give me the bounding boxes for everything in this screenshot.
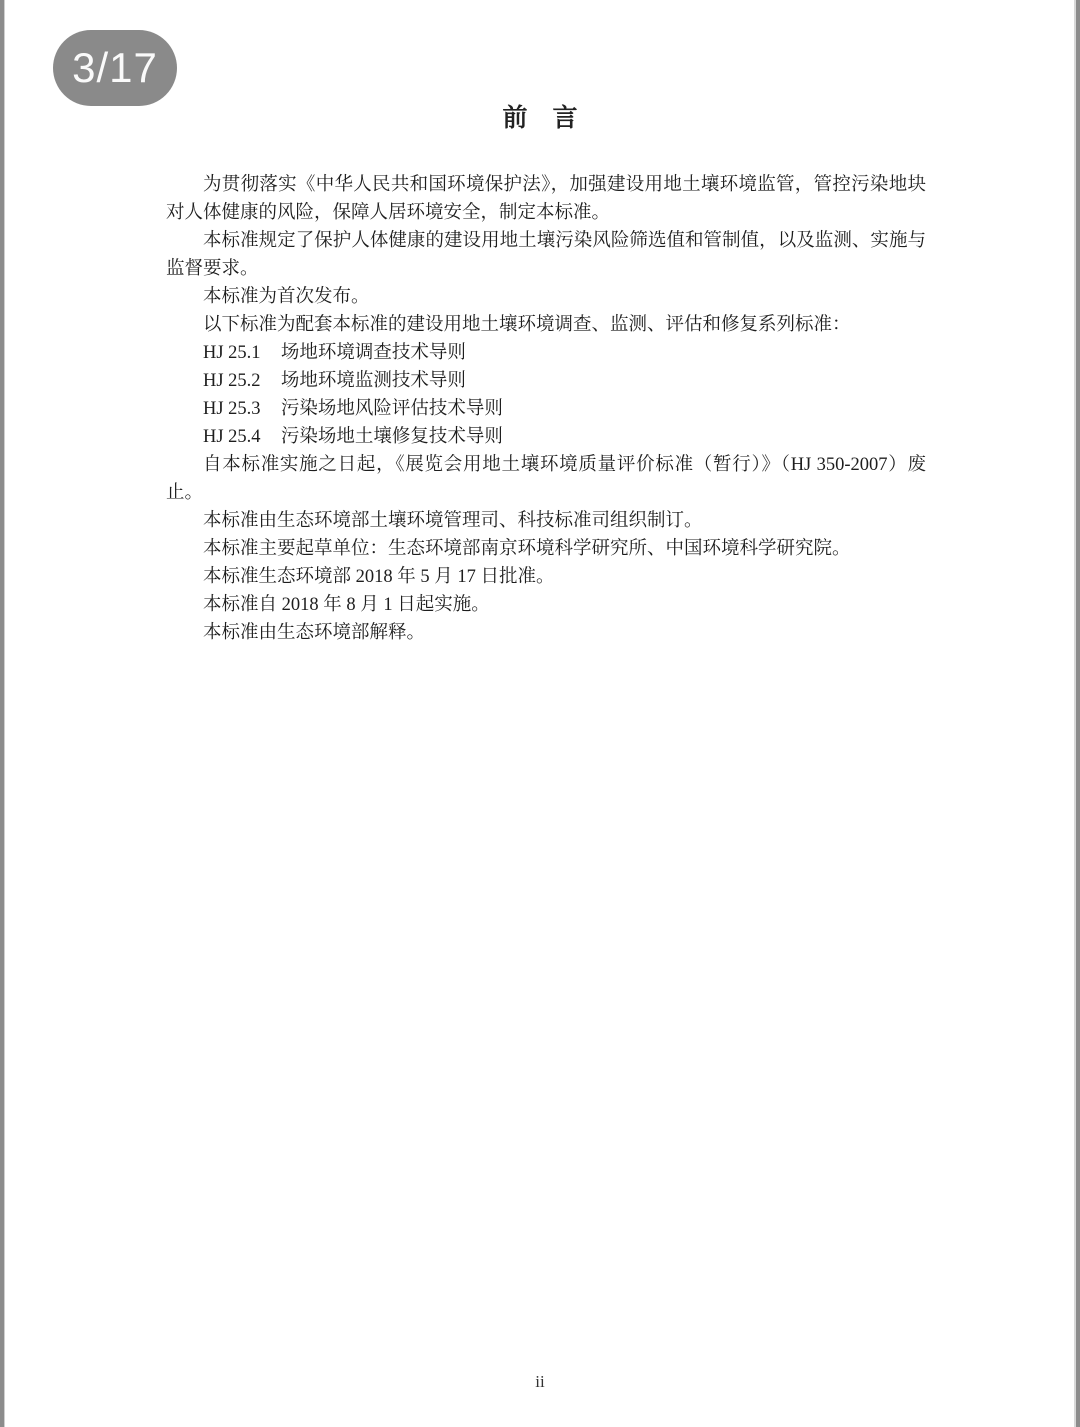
- standard-list-item: HJ 25.2场地环境监测技术导则: [166, 367, 926, 395]
- page-title: 前 言: [0, 98, 1080, 134]
- standard-list-item: HJ 25.1场地环境调查技术导则: [166, 339, 926, 367]
- paragraph: 本标准生态环境部 2018 年 5 月 17 日批准。: [166, 563, 926, 591]
- paragraph: 为贯彻落实《中华人民共和国环境保护法》，加强建设用地土壤环境监管，管控污染地块对…: [166, 171, 926, 227]
- standard-name: 场地环境调查技术导则: [281, 343, 466, 363]
- standard-list-item: HJ 25.3污染场地风险评估技术导则: [166, 395, 926, 423]
- document-body: 为贯彻落实《中华人民共和国环境保护法》，加强建设用地土壤环境监管，管控污染地块对…: [166, 171, 926, 647]
- standard-list-item: HJ 25.4污染场地土壤修复技术导则: [166, 423, 926, 451]
- paragraph: 本标准自 2018 年 8 月 1 日起实施。: [166, 591, 926, 619]
- standard-code: HJ 25.2: [203, 367, 261, 395]
- standard-name: 污染场地风险评估技术导则: [281, 399, 503, 419]
- footer-page-number: ii: [0, 1372, 1080, 1392]
- paragraph: 以下标准为配套本标准的建设用地土壤环境调查、监测、评估和修复系列标准：: [166, 311, 926, 339]
- standard-name: 场地环境监测技术导则: [281, 371, 466, 391]
- paragraph: 本标准由生态环境部土壤环境管理司、科技标准司组织制订。: [166, 507, 926, 535]
- paragraph: 本标准由生态环境部解释。: [166, 619, 926, 647]
- document-page: 前 言 为贯彻落实《中华人民共和国环境保护法》，加强建设用地土壤环境监管，管控污…: [0, 0, 1080, 134]
- document-viewer[interactable]: 3/17 前 言 为贯彻落实《中华人民共和国环境保护法》，加强建设用地土壤环境监…: [0, 0, 1080, 1427]
- viewer-left-edge: [0, 0, 5, 1427]
- standard-code: HJ 25.1: [203, 339, 261, 367]
- viewer-right-edge: [1074, 0, 1080, 1427]
- standard-name: 污染场地土壤修复技术导则: [281, 427, 503, 447]
- paragraph: 本标准主要起草单位：生态环境部南京环境科学研究所、中国环境科学研究院。: [166, 535, 926, 563]
- standard-code: HJ 25.3: [203, 395, 261, 423]
- standard-code: HJ 25.4: [203, 423, 261, 451]
- paragraph: 自本标准实施之日起，《展览会用地土壤环境质量评价标准（暂行）》（HJ 350-2…: [166, 451, 926, 507]
- paragraph: 本标准为首次发布。: [166, 283, 926, 311]
- paragraph: 本标准规定了保护人体健康的建设用地土壤污染风险筛选值和管制值，以及监测、实施与监…: [166, 227, 926, 283]
